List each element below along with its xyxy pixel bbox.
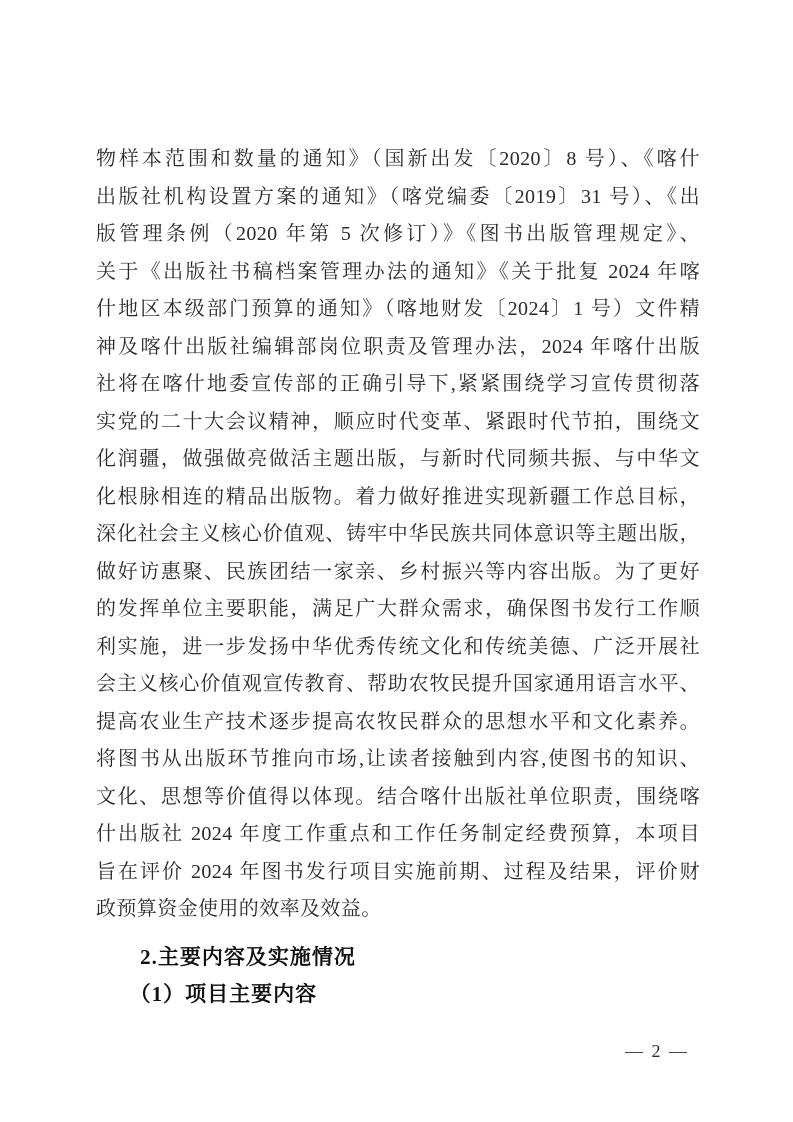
body-text-line: 社将在喀什地委宣传部的正确引导下,紧紧围绕学习宣传贯彻落 xyxy=(96,366,700,404)
body-text-line: 文化、思想等价值得以体现。结合喀什出版社单位职责，围绕喀 xyxy=(96,779,700,817)
body-text-line: 物样本范围和数量的通知》（国新出发〔2020〕8 号）、《喀什 xyxy=(96,141,700,179)
body-text-line: 将图书从出版环节推向市场,让读者接触到内容,使图书的知识、 xyxy=(96,741,700,779)
body-text-line: 出版社机构设置方案的通知》（喀党编委〔2019〕31 号）、《出 xyxy=(96,179,700,217)
page-number: — 2 — xyxy=(615,1038,699,1064)
body-text-line: 版管理条例（2020 年第 5 次修订）》《图书出版管理规定》、 xyxy=(96,216,700,254)
body-text-line: 利实施，进一步发扬中华优秀传统文化和传统美德、广泛开展社 xyxy=(96,629,700,667)
subsection-heading-project-content: （1）项目主要内容 xyxy=(96,976,700,1014)
body-text-line: 旨在评价 2024 年图书发行项目实施前期、过程及结果，评价财 xyxy=(96,854,700,892)
section-heading-main-content: 2.主要内容及实施情况 xyxy=(96,939,700,977)
body-text-line: 什地区本级部门预算的通知》（喀地财发〔2024〕1 号）文件精 xyxy=(96,291,700,329)
body-text-line: 做好访惠聚、民族团结一家亲、乡村振兴等内容出版。为了更好 xyxy=(96,554,700,592)
body-text-line: 会主义核心价值观宣传教育、帮助农牧民提升国家通用语言水平、 xyxy=(96,666,700,704)
document-page: 物样本范围和数量的通知》（国新出发〔2020〕8 号）、《喀什 出版社机构设置方… xyxy=(0,0,793,1122)
body-text-line: 化润疆，做强做亮做活主题出版，与新时代同频共振、与中华文 xyxy=(96,441,700,479)
body-text-line: 深化社会主义核心价值观、铸牢中华民族共同体意识等主题出版， xyxy=(96,516,700,554)
body-text-line: 的发挥单位主要职能，满足广大群众需求，确保图书发行工作顺 xyxy=(96,591,700,629)
body-text-line: 提高农业生产技术逐步提高农牧民群众的思想水平和文化素养。 xyxy=(96,704,700,742)
body-text-line: 实党的二十大会议精神，顺应时代变革、紧跟时代节拍，围绕文 xyxy=(96,404,700,442)
document-text-block: 物样本范围和数量的通知》（国新出发〔2020〕8 号）、《喀什 出版社机构设置方… xyxy=(96,141,700,1014)
body-text-line: 关于《出版社书稿档案管理办法的通知》《关于批复 2024 年喀 xyxy=(96,254,700,292)
body-text-line: 什出版社 2024 年度工作重点和工作任务制定经费预算，本项目 xyxy=(96,816,700,854)
body-text-line: 神及喀什出版社编辑部岗位职责及管理办法，2024 年喀什出版 xyxy=(96,329,700,367)
body-text-line: 政预算资金使用的效率及效益。 xyxy=(96,891,700,929)
body-text-line: 化根脉相连的精品出版物。着力做好推进实现新疆工作总目标， xyxy=(96,479,700,517)
